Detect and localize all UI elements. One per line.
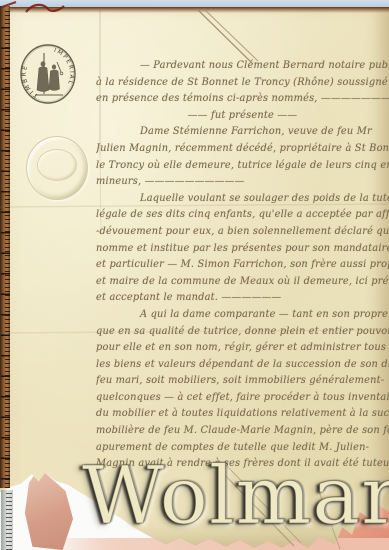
paper-aged-top-edge bbox=[0, 7, 389, 13]
handwritten-line: mineurs, —————————— bbox=[96, 174, 389, 191]
wooden-ruler bbox=[0, 6, 10, 488]
handwritten-line: et acceptant le mandat. —————— bbox=[96, 290, 389, 307]
wolmar-watermark: Wolmar bbox=[82, 456, 389, 536]
handwritten-line: le Troncy où elle demeure, tutrice légal… bbox=[96, 158, 389, 175]
embossed-seal-icon bbox=[26, 136, 88, 200]
handwritten-line: quelconques — à cet effet, faire procéde… bbox=[96, 390, 389, 407]
handwritten-line: —— fut présente —— bbox=[96, 108, 389, 125]
handwritten-line: du mobilier et à toutes liquidations rel… bbox=[96, 406, 389, 423]
timbre-imperial-stamp-icon: IMPERIAL TIMBRE bbox=[17, 40, 79, 106]
handwritten-line: et particulier — M. Simon Farrichon, son… bbox=[96, 257, 389, 274]
handwritten-line: à la résidence de St Bonnet le Troncy (R… bbox=[96, 75, 389, 92]
handwritten-line: pour elle et en son nom, régir, gérer et… bbox=[96, 340, 389, 357]
handwritten-line: — Pardevant nous Clément Bernard notaire… bbox=[96, 58, 389, 75]
gray-ruler-tip bbox=[1, 490, 13, 550]
handwritten-line: A qui la dame comparante — tant en son p… bbox=[96, 307, 389, 324]
handwritten-line: et maire de la commune de Meaux où il de… bbox=[96, 274, 389, 291]
handwritten-line: Dame Stémienne Farrichon, veuve de feu M… bbox=[96, 124, 389, 141]
handwritten-line: Julien Magnin, récemment décédé, proprié… bbox=[96, 141, 389, 158]
handwritten-line: légale de ses dits cinq enfants, qu'elle… bbox=[96, 207, 389, 224]
handwritten-line: -dévouement pour eux, a bien solennellem… bbox=[96, 224, 389, 241]
handwritten-line: mobilière de feu M. Claude-Marie Magnin,… bbox=[96, 423, 389, 440]
handwritten-line: que en sa qualité de tutrice, donne plei… bbox=[96, 324, 389, 341]
handwritten-line: en présence des témoins ci-après nommés,… bbox=[96, 91, 389, 108]
handwritten-line: les biens et valeurs dépendant de la suc… bbox=[96, 357, 389, 374]
handwritten-line: nomme et institue par les présentes pour… bbox=[96, 241, 389, 258]
scanned-document-photo: IMPERIAL TIMBRE — Pardevant nous Clément… bbox=[0, 0, 389, 550]
handwritten-line: feu mari, soit mobiliers, soit immobilie… bbox=[96, 373, 389, 390]
handwritten-line: Laquelle voulant se soulager des poids d… bbox=[96, 191, 389, 208]
handwriting-block: — Pardevant nous Clément Bernard notaire… bbox=[96, 58, 389, 473]
